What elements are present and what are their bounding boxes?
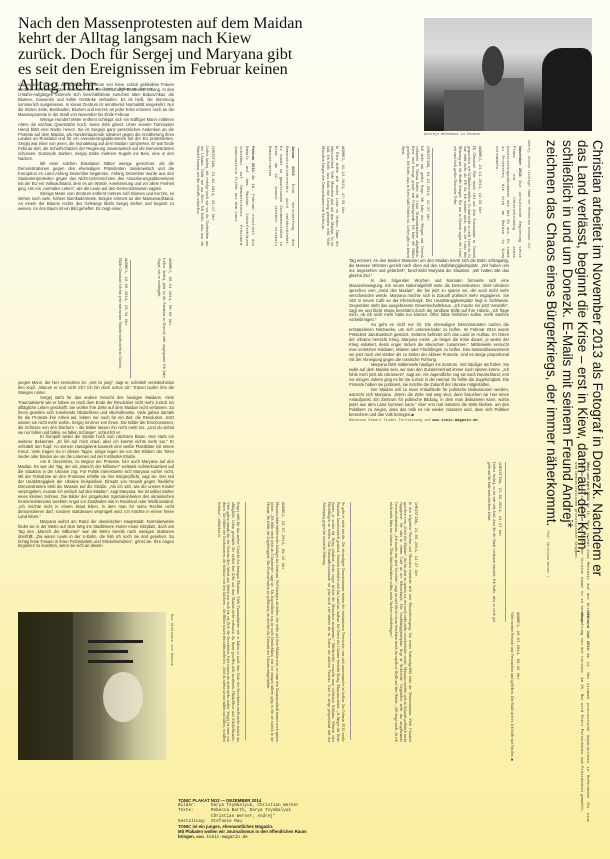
email-column: Februar 2014: Am 18. Februar eskaliert d… (232, 146, 255, 246)
email-column: ANDREJ, 08.04.2014, 00:03 Uhr Lieber And… (157, 258, 172, 378)
email-column: CHRISTIAN, 01.12.2013, 12:37 Uhr Ich ste… (400, 146, 430, 258)
email-column: ANDREJ, 23.07.2014, 09:15 Uhr Maryana fä… (265, 502, 285, 742)
paragraph: So geht es nicht nur ihr. Die ehemaligen… (349, 323, 509, 363)
paragraph: jungen Mann, der hier verstorben ist. „V… (18, 381, 174, 396)
column-divider (505, 462, 506, 622)
paragraph: Maryana fährt mittlerweile häufiger ins … (349, 363, 509, 388)
continuation-note: Rebeccas Report findet Fortsetzung auf w… (349, 418, 509, 424)
article-left-upper: Liebespaare sitzen in den Cafés im Zentr… (18, 83, 174, 212)
email-column: Januar 2014: Eine Verschärfung des Demon… (266, 146, 295, 246)
continuation-prefix: Rebeccas Report findet Fortsetzung auf (349, 419, 431, 423)
paragraph: Wenige Meter vom Zentrum entfernt mehren… (18, 192, 174, 212)
continuation-link[interactable]: www.tonic-magazin.de. (432, 419, 480, 423)
column-divider (432, 148, 433, 256)
email-column: ANDREJ, 15.12.2013, 17:33 Uhr In Kiew tr… (320, 146, 345, 246)
paragraph: In den folgenden Wochen und Monaten form… (349, 279, 509, 324)
photo-steelworks (18, 612, 166, 760)
imprint-url[interactable]: www.tonic-magazin.de (196, 835, 248, 840)
paragraph: Mit einer solchen Eskalation hätten weni… (18, 162, 174, 192)
column-divider (350, 502, 351, 740)
photo-bottom-caption: Das Stahlwerk von Donezk (169, 614, 173, 666)
email-column: ANDREJ, 24.11.2013, 11:33 Uhr Hi Christi… (452, 146, 482, 258)
article-right: Tag erinnert. An den beiden Stationen um… (349, 259, 509, 423)
email-column: ANDREJ, 23.07.2014, 09:15 Uhr Viele mein… (509, 612, 520, 812)
paragraph: Der Maidan soll zu einer Anlaufstelle fü… (349, 388, 509, 418)
paragraph: Am 8. Dezember, zu Beginn der Proteste, … (18, 460, 174, 519)
email-column: Sergej steht für das andere Gesicht des … (216, 502, 240, 742)
imprint: TONIC PLAKAT NO2 — DEZEMBER 2014 Bilder:… (178, 798, 308, 841)
email-column: November 2013: Die ukrainische Regierung… (493, 146, 522, 258)
email-column: So geht es nicht nur ihr. Die ehemaligen… (321, 502, 345, 742)
paragraph: Wenige Hundert Meter entfernt schleppt s… (18, 118, 174, 163)
paragraph: Tag erinnert. An den beiden Stationen um… (349, 259, 509, 279)
paragraph: Liebespaare sitzen in den Cafés im Zentr… (18, 83, 174, 118)
email-column: Mai und Juni 2014: Am 11. Mai stimmen pr… (578, 612, 590, 822)
paragraph: Er humpelt weiter die Straße hoch zum nä… (18, 435, 174, 460)
email-column: CHRISTIAN, 21.06.2014, 14:27 Uhr In den … (388, 502, 418, 742)
photo-andrejs-house (424, 18, 592, 131)
photo-top-caption: Andrejs Wohnhaus in Donezk (424, 133, 480, 137)
paragraph: Sergej steht für das andere Gesicht des … (18, 396, 174, 436)
email-column: März und April 2014: Am 16. März stimmt … (573, 462, 590, 622)
column-divider (130, 260, 131, 378)
imprint-mission: Mit Plakaten wollen wir Journalismus in … (178, 829, 308, 840)
article-left-lower: jungen Mann, der hier verstorben ist. „V… (18, 381, 174, 549)
email-column: CHRISTIAN, 24.02.2014, 23:17 Uhr Lieber … (195, 146, 215, 246)
column-divider (298, 148, 299, 248)
paragraph: Maryana wohnt am Rand der ukrainischen H… (18, 520, 174, 550)
email-column: CHRISTIAN, 21.06.2014, 14:27 Uhr Lieber … (487, 462, 502, 622)
email-column: ANDREJ, 10.06.2014, 23:34 Uhr Hallo Chri… (117, 258, 128, 378)
feature-lead: Christian arbeitet im November 2013 als … (521, 140, 605, 580)
column-divider (245, 502, 246, 740)
